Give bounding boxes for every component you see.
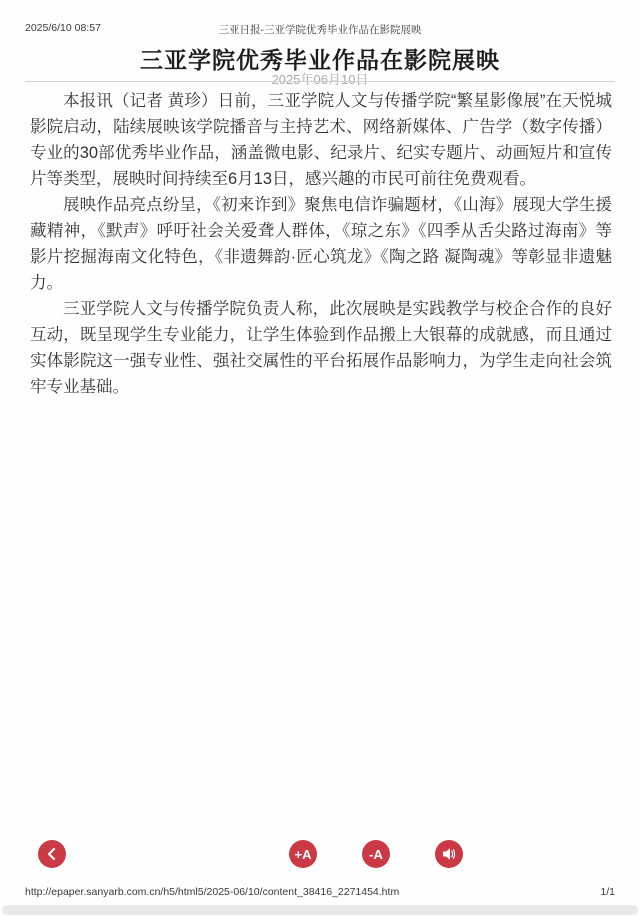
print-doc-title: 三亚日报-三亚学院优秀毕业作品在影院展映 bbox=[25, 22, 615, 37]
header-divider bbox=[25, 81, 615, 82]
article-body: 本报讯（记者 黄珍）日前，三亚学院人文与传播学院“繁星影像展”在天悦城影院启动，… bbox=[30, 88, 612, 400]
footer-page-number: 1/1 bbox=[600, 886, 615, 898]
decrease-font-button[interactable]: -A bbox=[362, 840, 390, 868]
article-paragraph-2: 展映作品亮点纷呈，《初来诈到》聚焦电信诈骗题材，《山海》展现大学生援藏精神，《默… bbox=[30, 192, 612, 296]
print-preview-page: 2025/6/10 08:57 三亚日报-三亚学院优秀毕业作品在影院展映 三亚学… bbox=[0, 0, 640, 916]
article-paragraph-3: 三亚学院人文与传播学院负责人称，此次展映是实践教学与校企合作的良好互动，既呈现学… bbox=[30, 296, 612, 400]
print-header: 2025/6/10 08:57 三亚日报-三亚学院优秀毕业作品在影院展映 bbox=[25, 22, 615, 36]
footer-url: http://epaper.sanyarb.com.cn/h5/html5/20… bbox=[25, 886, 399, 898]
print-footer: http://epaper.sanyarb.com.cn/h5/html5/20… bbox=[25, 886, 615, 900]
article-paragraph-1: 本报讯（记者 黄珍）日前，三亚学院人文与传播学院“繁星影像展”在天悦城影院启动，… bbox=[30, 88, 612, 192]
horizontal-scrollbar[interactable] bbox=[2, 905, 638, 915]
back-button[interactable] bbox=[38, 840, 66, 868]
chevron-left-icon bbox=[45, 847, 59, 861]
increase-font-button[interactable]: +A bbox=[289, 840, 317, 868]
article-date: 2025年06月10日 bbox=[0, 69, 640, 88]
speaker-icon bbox=[441, 846, 457, 862]
decrease-font-label: -A bbox=[369, 848, 383, 861]
read-aloud-button[interactable] bbox=[435, 840, 463, 868]
increase-font-label: +A bbox=[295, 848, 312, 861]
